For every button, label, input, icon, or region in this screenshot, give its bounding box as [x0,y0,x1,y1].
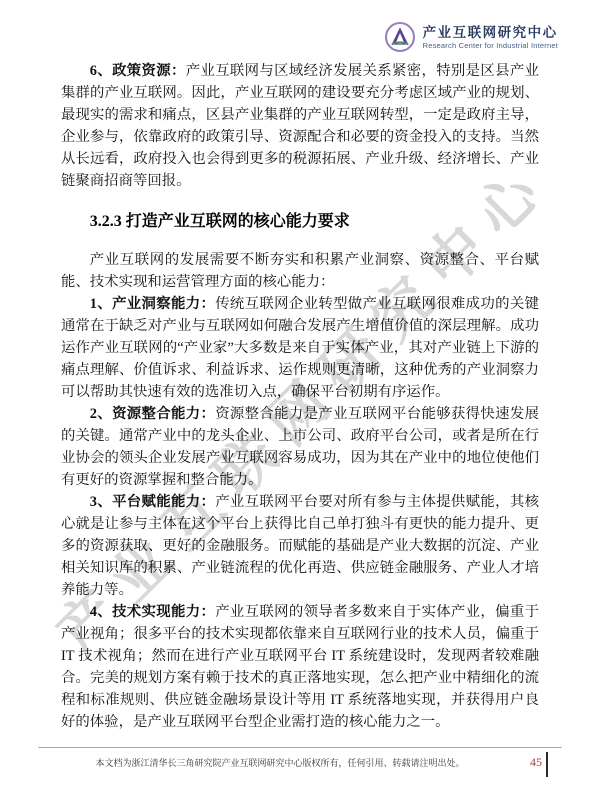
item-2-label: 2、资源整合能力： [90,406,215,422]
paragraph-policy-text: 产业互联网与区域经济发展关系紧密，特别是区县产业集群的产业互联网。因此，产业互联… [61,63,539,189]
paragraph-policy-resources: 6、政策资源：产业互联网与区域经济发展关系紧密，特别是区县产业集群的产业互联网。… [61,60,539,192]
document-body: 6、政策资源：产业互联网与区域经济发展关系紧密，特别是区县产业集群的产业互联网。… [61,60,539,733]
footer-copyright: 本文档为浙江清华长三角研究院产业互联网研究中心版权所有，任何引用、转载请注明出处… [0,756,560,769]
item-3-label: 3、平台赋能能力： [90,494,215,510]
logo-title: 产业互联网研究中心 [423,24,558,41]
item-4-label: 4、技术实现能力： [90,604,215,620]
document-page: 产业互联网研究中心 产业互联网研究中心 Research Center for … [0,0,600,808]
logo-text-block: 产业互联网研究中心 Research Center for Industrial… [423,24,558,51]
paragraph-policy-label: 6、政策资源： [90,63,186,79]
page-edge-mark [546,752,548,777]
organization-logo-icon [384,21,416,53]
section-heading-3-2-3: 3.2.3 打造产业互联网的核心能力要求 [61,210,539,234]
numbered-item-4: 4、技术实现能力：产业互联网的领导者多数来自于实体产业，偏重于产业视角；很多平台… [61,601,539,733]
logo-subtitle: Research Center for Industrial Internet [423,41,558,51]
page-number: 45 [514,755,542,770]
numbered-item-2: 2、资源整合能力：资源整合能力是产业互联网平台能够获得快速发展的关键。通常产业中… [61,403,539,491]
item-4-text: 产业互联网的领导者多数来自于实体产业，偏重于产业视角；很多平台的技术实现都依靠来… [61,604,539,730]
paragraph-intro: 产业互联网的发展需要不断夯实和积累产业洞察、资源整合、平台赋能、技术实现和运营管… [61,249,539,293]
footer-divider [38,747,562,748]
numbered-item-3: 3、平台赋能能力：产业互联网平台要对所有参与主体提供赋能，其核心就是让参与主体在… [61,491,539,601]
numbered-item-1: 1、产业洞察能力：传统互联网企业转型做产业互联网很难成功的关键通常在于缺乏对产业… [61,293,539,403]
item-1-label: 1、产业洞察能力： [90,296,215,312]
page-header: 产业互联网研究中心 Research Center for Industrial… [384,21,558,53]
